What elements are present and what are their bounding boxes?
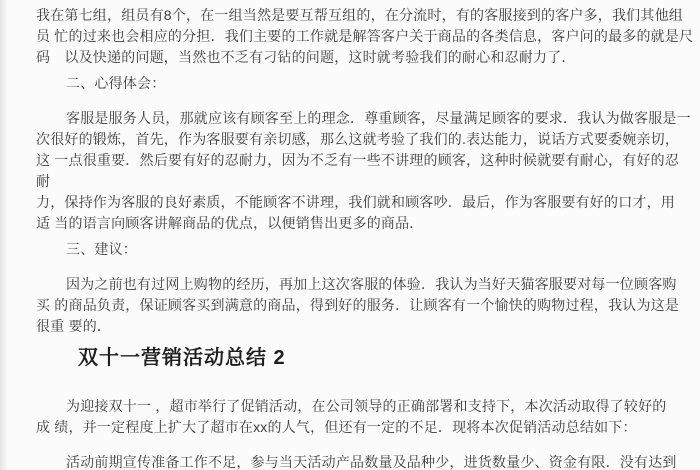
paragraph: 因为之前也有过网上购物的经历，再加上这次客服的体验．我认为当好天猫客服要对每一位… <box>36 274 666 337</box>
text-line: 为迎接双十一 ，超市举行了促销活动，在公司领导的正确部署和支持下，本次活动取得了… <box>36 396 666 417</box>
paragraph: 我在第七组，组员有8个，在一组当然是要互帮互组的，在分流时，有的客服接到的客户多… <box>36 5 666 68</box>
paragraph: 活动前期宣传准备工作不足，参与当天活动产品数量及品种少，进货数量少、资金有限．没… <box>36 452 666 470</box>
text-line: 次很好的锻炼，首先，作为客服要有亲切感，那么这就考验了我们的.表达能力，说话方式… <box>36 129 666 150</box>
paragraph: 客服是服务人员，那就应该有顾客至上的理念．尊重顾客，尽量满足顾客的要求．我认为做… <box>36 108 666 234</box>
text-line: 适 当的语言向顾客讲解商品的优点，以便销售出更多的商品． <box>36 213 666 234</box>
text-line: 很重 要的． <box>36 316 666 337</box>
text-line: 因为之前也有过网上购物的经历，再加上这次客服的体验．我认为当好天猫客服要对每一位… <box>36 274 666 295</box>
text-line: 这 一点很重要．然后要有好的忍耐力，因为不乏有一些不讲理的顾客，这种时候就要有耐… <box>36 150 666 171</box>
paragraph: 为迎接双十一 ，超市举行了促销活动，在公司领导的正确部署和支持下，本次活动取得了… <box>36 396 666 438</box>
text-line: 成 绩，并一定程度上扩大了超市在xx的人气，但还有一定的不足．现将本次促销活动总… <box>36 417 666 438</box>
text-line: 二、心得体会： <box>36 73 666 94</box>
document-title: 双十一营销活动总结 2 <box>36 343 666 373</box>
text-line: 买 的商品负责，保证顾客买到满意的商品，得到好的服务．让顾客有一个愉快的购物过程… <box>36 295 666 316</box>
text-line: 员 忙的过来也会相应的分担．我们主要的工作就是解答客户关于商品的各类信息，客户问… <box>36 26 666 47</box>
document-body: 我在第七组，组员有8个，在一组当然是要互帮互组的，在分流时，有的客服接到的客户多… <box>36 5 666 470</box>
text-line: 我在第七组，组员有8个，在一组当然是要互帮互组的，在分流时，有的客服接到的客户多… <box>36 5 666 26</box>
text-line: 活动前期宣传准备工作不足，参与当天活动产品数量及品种少，进货数量少、资金有限．没… <box>36 452 666 470</box>
text-line: 耐 <box>36 171 666 192</box>
text-line: 码 以及快递的问题，当然也不乏有刁钻的问题，这时就考验我们的耐心和忍耐力了． <box>36 47 666 68</box>
section-heading: 二、心得体会： <box>36 73 666 94</box>
text-line: 三、建议： <box>36 239 666 260</box>
section-heading: 三、建议： <box>36 239 666 260</box>
text-line: 力，保持作为客服的良好素质，不能顾客不讲理，我们就和顾客吵．最后，作为客服要有好… <box>36 192 666 213</box>
document-page: 我在第七组，组员有8个，在一组当然是要互帮互组的，在分流时，有的客服接到的客户多… <box>0 0 700 470</box>
text-line: 双十一营销活动总结 2 <box>36 343 666 373</box>
text-line: 客服是服务人员，那就应该有顾客至上的理念．尊重顾客，尽量满足顾客的要求．我认为做… <box>36 108 666 129</box>
